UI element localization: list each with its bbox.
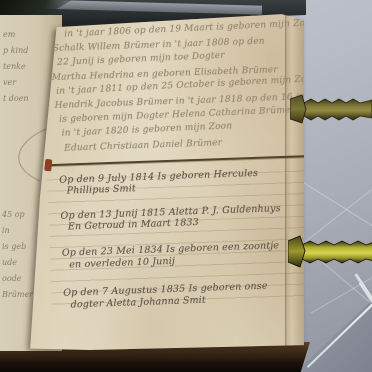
handwritten-fragment: em [3, 27, 29, 43]
table-scratch-mark [293, 176, 372, 235]
register-entry: Op den 23 Mei 1834 Is geboren een zoontj… [62, 239, 315, 271]
photo-of-antique-register-book: em p kind tenke ver t doen 45 op in is g… [0, 0, 372, 372]
left-page-text-fragments: em p kind tenke ver t doen [3, 27, 29, 107]
register-text-block: in 't jaar 1806 op den 19 Maart is gebor… [50, 20, 300, 319]
handwritten-fragment: p kind [3, 43, 29, 59]
brass-clasp-bottom [288, 235, 372, 268]
register-page-wrapper: in 't jaar 1806 op den 19 Maart is gebor… [26, 10, 304, 352]
ruled-entries-area: Op den 9 July 1814 Is geboren Hercules P… [47, 160, 316, 311]
register-entry: Op den 9 July 1814 Is geboren Hercules P… [59, 166, 312, 198]
brass-clasp-top [290, 94, 372, 124]
handwritten-fragment: ver [3, 75, 29, 91]
register-entry: Op den 13 Junij 1815 Aletta P. J. Gulden… [60, 202, 313, 234]
handwritten-fragment: tenke [3, 59, 29, 75]
grey-sheet-corner [296, 300, 372, 372]
table-scratch-mark [305, 183, 372, 242]
register-entry: Op den 7 Augustus 1835 Is geboren onse d… [63, 279, 316, 311]
red-ink-mark [44, 159, 52, 172]
handwritten-fragment: t doen [3, 91, 29, 107]
register-page: in 't jaar 1806 op den 19 Maart is gebor… [26, 10, 304, 352]
